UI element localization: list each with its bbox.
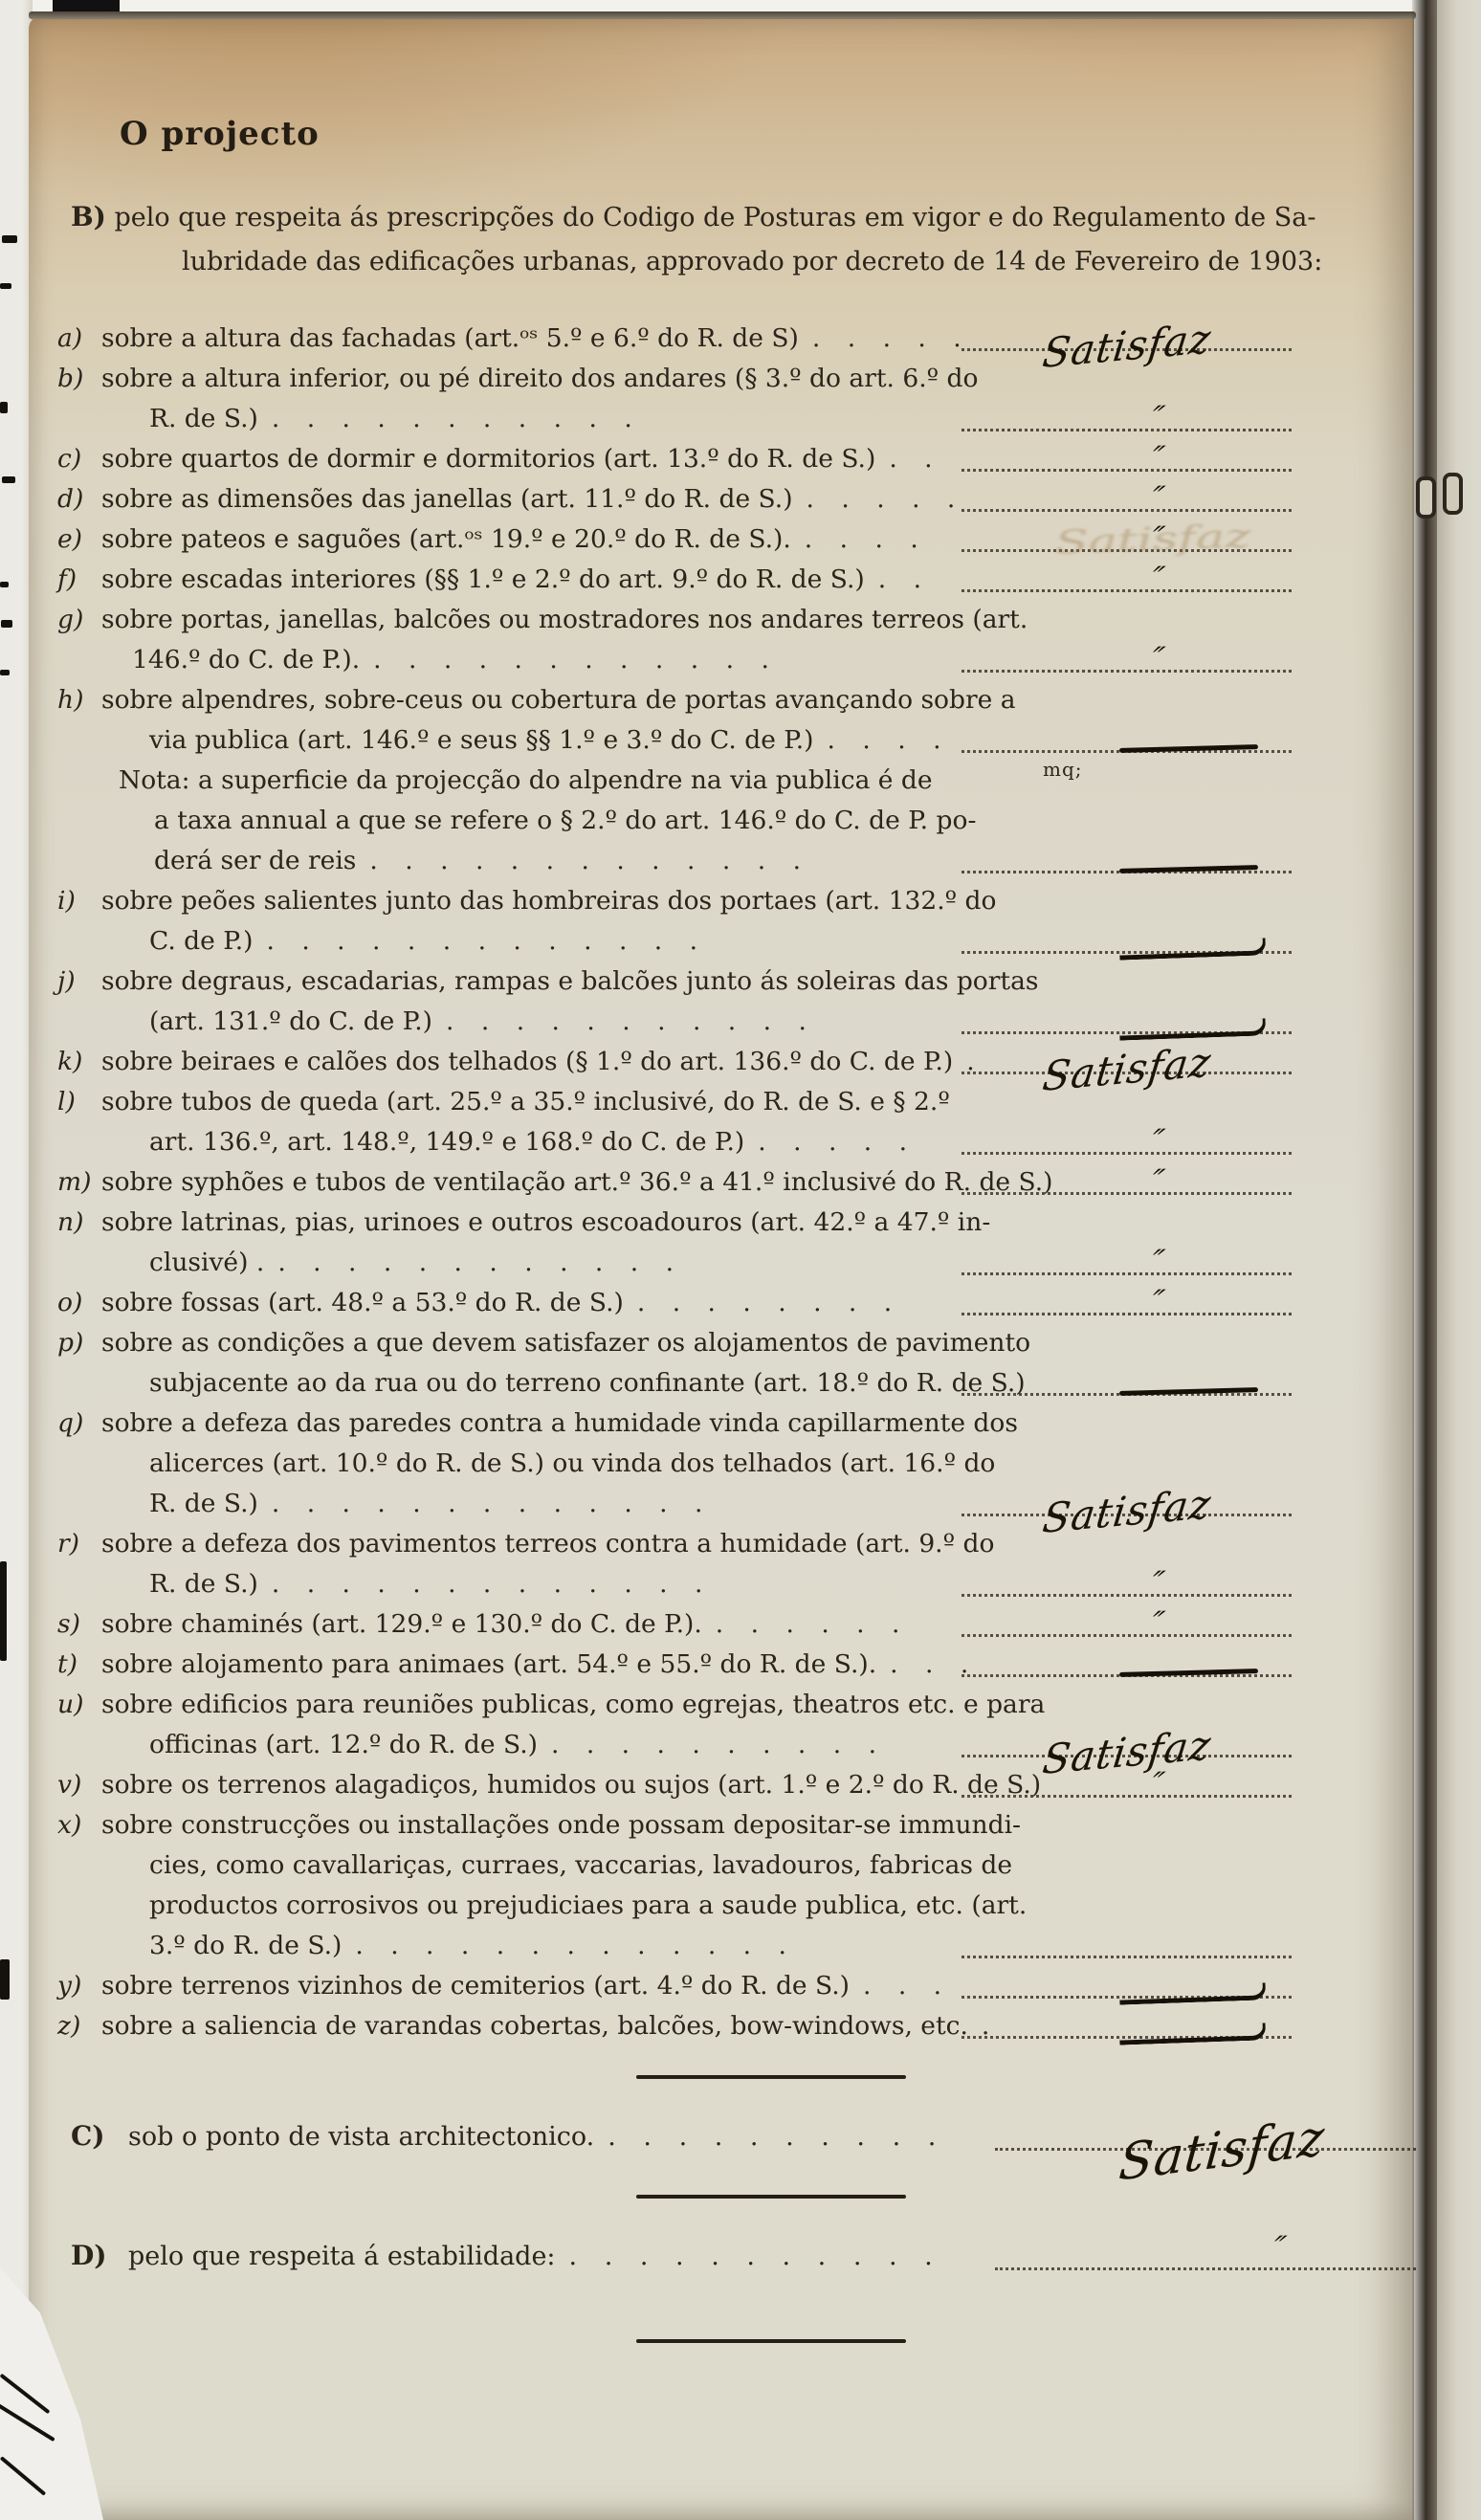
item-label: d) [57, 479, 101, 519]
section-d: D)pelo que respeita á estabilidade:. . .… [57, 2227, 1359, 2286]
dot-leader: . . . . . [807, 484, 957, 514]
section-b-label: B) [71, 201, 106, 232]
item-text: sobre fossas (art. 48.º a 53.º do R. de … [101, 1288, 624, 1317]
dotted-rule [962, 1594, 1292, 1597]
dot-leader: . . . . . . . . . . . [569, 2242, 934, 2271]
form-item-row: cies, como cavallariças, curraes, vaccar… [57, 1846, 1359, 1886]
dot-leader: . . . . . . . . . . [551, 1730, 877, 1759]
item-text: (art. 131.º do C. de P.) [57, 1006, 432, 1036]
section-b-line2: lubridade das edificações urbanas, appro… [182, 240, 1359, 284]
dot-leader: . . [889, 444, 933, 474]
form-item-row: y)sobre terrenos vizinhos de cemiterios … [57, 1966, 1359, 2006]
item-text: sobre portas, janellas, balcões ou mostr… [101, 605, 1028, 634]
form-item-row: b)sobre a altura inferior, ou pé direito… [57, 359, 1359, 399]
form-item-row: i)sobre peões salientes junto das hombre… [57, 881, 1359, 921]
items-list: a)sobre a altura das fachadas (art.ᵒˢ 5.… [57, 319, 1359, 2046]
item-text: subjacente ao da rua ou do terreno confi… [57, 1368, 1026, 1398]
answer-line: ″ [962, 1796, 1292, 1798]
item-text: sobre a altura das fachadas (art.ᵒˢ 5.º … [101, 323, 799, 353]
answer-line: ″ [962, 430, 1292, 431]
form-item-row: k)sobre beiraes e calões dos telhados (§… [57, 1042, 1359, 1082]
answer-line [962, 2037, 1292, 2039]
answer-line: Satisfaz″ [962, 550, 1292, 552]
dot-leader: . . . . . . . . . . . . . [355, 1931, 787, 1960]
item-label: j) [57, 962, 101, 1002]
answer-line: ″ [962, 1273, 1292, 1275]
dotted-rule [962, 1956, 1292, 1958]
form-item-row: R. de S.). . . . . . . . . . .″ [57, 399, 1359, 439]
item-label: y) [57, 1966, 101, 2006]
item-text: 146.º do C. de P.). [57, 645, 360, 674]
form-item-row: alicerces (art. 10.º do R. de S.) ou vin… [57, 1444, 1359, 1484]
dot-leader: . . . . . . . . . . [608, 2122, 937, 2152]
dot-leader: . . . . . . . . . . . . [277, 1248, 674, 1277]
dotted-rule [995, 2267, 1416, 2270]
dot-leader: . . . . . . . . . . . . . [272, 1569, 704, 1599]
section-b: B) pelo que respeita ás prescripções do … [57, 195, 1359, 284]
dot-leader: . . . . . . [716, 1609, 901, 1639]
dotted-rule [962, 1795, 1292, 1798]
item-label: q) [57, 1404, 101, 1444]
item-text: sobre pateos e saguões (art.ᵒˢ 19.º e 20… [101, 524, 791, 554]
handwritten-dash [1119, 1018, 1267, 1040]
binding-mark [2, 476, 15, 483]
form-item-row: h)sobre alpendres, sobre-ceus ou cobertu… [57, 680, 1359, 720]
item-text: officinas (art. 12.º do R. de S.) [57, 1730, 538, 1759]
binding-mark [0, 283, 11, 289]
form-item-row: j)sobre degraus, escadarias, rampas e ba… [57, 962, 1359, 1002]
dot-leader: . . . . . [812, 323, 962, 353]
answer-line: ″ [962, 1595, 1292, 1597]
dotted-rule [962, 670, 1292, 673]
form-item-row: derá ser de reis. . . . . . . . . . . . … [57, 841, 1359, 881]
dot-leader: . . . . . . . . . . . . [373, 645, 770, 674]
dot-leader: . . . . . . . . . . . [446, 1006, 807, 1036]
form-item-row: via publica (art. 146.º e seus §§ 1.º e … [57, 720, 1359, 761]
dotted-rule [962, 1152, 1292, 1155]
form-item-row: (art. 131.º do C. de P.). . . . . . . . … [57, 1002, 1359, 1042]
dotted-rule [962, 1272, 1292, 1275]
form-item-row: subjacente ao da rua ou do terreno confi… [57, 1363, 1359, 1404]
page-title: O projecto [120, 115, 1359, 153]
dot-leader: . . [878, 564, 922, 594]
form-item-row: e)sobre pateos e saguões (art.ᵒˢ 19.º e … [57, 519, 1359, 560]
separator-rule [636, 2075, 906, 2079]
dotted-rule [962, 469, 1292, 472]
item-label: x) [57, 1805, 101, 1846]
item-label: e) [57, 519, 101, 560]
answer-line [962, 872, 1292, 873]
item-text: via publica (art. 146.º e seus §§ 1.º e … [57, 725, 814, 755]
form-item-row: 146.º do C. de P.).. . . . . . . . . . .… [57, 640, 1359, 680]
dotted-rule [962, 1313, 1292, 1315]
item-text: cies, como cavallariças, curraes, vaccar… [57, 1850, 1012, 1880]
dot-leader: . . . . [828, 725, 942, 755]
answer-line: Satisfaz [995, 2149, 1416, 2151]
item-text: R. de S.) [57, 1489, 258, 1518]
item-label: c) [57, 439, 101, 479]
item-text: sobre alpendres, sobre-ceus ou cobertura… [101, 685, 1016, 715]
dotted-rule [962, 429, 1292, 431]
answer-line: Satisfaz [962, 1072, 1292, 1074]
form-item-row: officinas (art. 12.º do R. de S.). . . .… [57, 1725, 1359, 1765]
item-text: 3.º do R. de S.) [57, 1931, 342, 1960]
item-text: sobre a altura inferior, ou pé direito d… [101, 364, 978, 393]
section-c: C)sob o ponto de vista architectonico.. … [57, 2108, 1359, 2166]
item-label: s) [57, 1604, 101, 1645]
item-text: sobre quartos de dormir e dormitorios (a… [101, 444, 875, 474]
form-item-row: productos corrosivos ou prejudiciaes par… [57, 1886, 1359, 1926]
item-text: sobre syphões e tubos de ventilação art.… [101, 1167, 1053, 1197]
form-item-row: c)sobre quartos de dormir e dormitorios … [57, 439, 1359, 479]
form-item-row: 3.º do R. de S.). . . . . . . . . . . . … [57, 1926, 1359, 1966]
form-item-row: u)sobre edificios para reuniões publicas… [57, 1685, 1359, 1725]
dot-leader: . . . . . . . . [637, 1288, 893, 1317]
section-c-text: sob o ponto de vista architectonico. [128, 2122, 594, 2152]
separator-rule [636, 2195, 906, 2199]
item-text: sobre edificios para reuniões publicas, … [101, 1690, 1045, 1719]
section-c-label: C) [71, 2108, 128, 2165]
answer-line [962, 1997, 1292, 1999]
section-d-text: pelo que respeita á estabilidade: [128, 2242, 556, 2271]
item-label: f) [57, 560, 101, 600]
form-item-row: d)sobre as dimensões das janellas (art. … [57, 479, 1359, 519]
item-text: productos corrosivos ou prejudiciaes par… [57, 1890, 1027, 1920]
item-label: n) [57, 1203, 101, 1243]
section-b-line1: B) pelo que respeita ás prescripções do … [57, 195, 1359, 240]
item-text: sobre tubos de queda (art. 25.º a 35.º i… [101, 1087, 950, 1116]
dot-leader: . . . . . . . . . . . [272, 404, 633, 433]
answer-line: Satisfaz [962, 1756, 1292, 1757]
item-text: a taxa annual a que se refere o § 2.º do… [57, 806, 976, 835]
answer-line: Satisfaz [962, 349, 1292, 351]
item-label: a) [57, 319, 101, 359]
item-label: b) [57, 359, 101, 399]
answer-line: ″ [995, 2268, 1416, 2270]
handwritten-dash [1119, 1982, 1267, 2004]
binding-mark [0, 402, 8, 413]
form-item-row: Nota: a superficie da projecção do alpen… [57, 761, 1359, 801]
item-label: h) [57, 680, 101, 720]
handwritten-satisfaz: Satisfaz [1116, 2109, 1327, 2192]
item-text: sobre terrenos vizinhos de cemiterios (a… [101, 1971, 850, 2001]
answer-line: mq; [962, 791, 1292, 793]
next-page-edge [1437, 0, 1481, 2520]
form-item-row: v)sobre os terrenos alagadiços, humidos … [57, 1765, 1359, 1805]
answer-line: ″ [962, 510, 1292, 512]
dotted-rule [962, 589, 1292, 592]
answer-line: ″ [962, 470, 1292, 472]
handwritten-dash [1119, 938, 1267, 960]
answer-line: ″ [962, 1314, 1292, 1315]
item-text: sobre os terrenos alagadiços, humidos ou… [101, 1770, 1041, 1800]
item-label: r) [57, 1524, 101, 1564]
form-item-row: q)sobre a defeza das paredes contra a hu… [57, 1404, 1359, 1444]
underlying-pages-left-edge [0, 0, 33, 2520]
answer-line: ″ [962, 1193, 1292, 1195]
binding-mark [0, 1561, 7, 1661]
answer-line [962, 1956, 1292, 1958]
item-label: t) [57, 1645, 101, 1685]
item-text: sobre a saliencia de varandas cobertas, … [101, 2011, 968, 2041]
book-gutter [1412, 0, 1437, 2520]
answer-line [962, 1394, 1292, 1396]
form-item-row: p)sobre as condições a que devem satisfa… [57, 1323, 1359, 1363]
form-item-row: clusivé) .. . . . . . . . . . . .″ [57, 1243, 1359, 1283]
dotted-rule [962, 1192, 1292, 1195]
item-text: sobre as condições a que devem satisfaze… [101, 1328, 1030, 1358]
form-item-row: z)sobre a saliencia de varandas cobertas… [57, 2006, 1359, 2046]
form-content: O projecto B) pelo que respeita ás presc… [57, 115, 1359, 2343]
dot-leader: . . . . . . . . . . . . . [272, 1489, 704, 1518]
answer-line: ″ [962, 1153, 1292, 1155]
form-item-row: x)sobre construcções ou installações ond… [57, 1805, 1359, 1846]
item-label: m) [57, 1162, 101, 1203]
item-text: sobre a defeza dos pavimentos terreos co… [101, 1529, 994, 1558]
item-text: R. de S.) [57, 1569, 258, 1599]
page-top-shadow [29, 11, 1416, 19]
item-text: sobre peões salientes junto das hombreir… [101, 886, 996, 916]
dot-leader: . . . . . . . . . . . . . [369, 846, 802, 875]
answer-line: Satisfaz [962, 1514, 1292, 1516]
handwritten-dash [1119, 2023, 1267, 2045]
item-label: p) [57, 1323, 101, 1363]
form-item-row: l)sobre tubos de queda (art. 25.º a 35.º… [57, 1082, 1359, 1122]
item-text: Nota: a superficie da projecção do alpen… [57, 765, 933, 795]
item-text: C. de P.) [57, 926, 253, 956]
answer-line: ″ [962, 590, 1292, 592]
item-label: v) [57, 1765, 101, 1805]
answer-line: ″ [962, 1635, 1292, 1637]
item-text: R. de S.) [57, 404, 258, 433]
item-text: art. 136.º, art. 148.º, 149.º e 168.º do… [57, 1127, 744, 1157]
dot-leader: . . . . . [758, 1127, 908, 1157]
item-text: sobre construcções ou installações onde … [101, 1810, 1021, 1840]
binding-mark [0, 1959, 10, 2000]
answer-line [962, 751, 1292, 753]
item-text: sobre as dimensões das janellas (art. 11… [101, 484, 793, 514]
item-text: sobre escadas interiores (§§ 1.º e 2.º d… [101, 564, 865, 594]
item-label: z) [57, 2006, 101, 2046]
form-item-row: g)sobre portas, janellas, balcões ou mos… [57, 600, 1359, 640]
form-item-row: a)sobre a altura das fachadas (art.ᵒˢ 5.… [57, 319, 1359, 359]
item-text: clusivé) . [57, 1248, 264, 1277]
mq-note: mq; [1043, 749, 1083, 789]
answer-line [962, 1675, 1292, 1677]
item-label: i) [57, 881, 101, 921]
form-item-row: a taxa annual a que se refere o § 2.º do… [57, 801, 1359, 841]
item-text: sobre a defeza das paredes contra a humi… [101, 1408, 1018, 1438]
form-item-row: t)sobre alojamento para animaes (art. 54… [57, 1645, 1359, 1685]
binding-mark [0, 582, 9, 587]
item-text: sobre chaminés (art. 129.º e 130.º do C.… [101, 1609, 702, 1639]
binding-mark [2, 235, 17, 243]
form-item-row: art. 136.º, art. 148.º, 149.º e 168.º do… [57, 1122, 1359, 1162]
item-text: sobre degraus, escadarias, rampas e balc… [101, 966, 1038, 996]
form-item-row: s)sobre chaminés (art. 129.º e 130.º do … [57, 1604, 1359, 1645]
item-text: sobre beiraes e calões dos telhados (§ 1… [101, 1047, 953, 1076]
answer-line [962, 952, 1292, 954]
binding-mark [0, 670, 10, 675]
dotted-rule [962, 509, 1292, 512]
item-label: l) [57, 1082, 101, 1122]
form-item-row: m)sobre syphões e tubos de ventilação ar… [57, 1162, 1359, 1203]
binding-corner-mark [53, 0, 120, 11]
form-item-row: n)sobre latrinas, pias, urinoes e outros… [57, 1203, 1359, 1243]
item-label: k) [57, 1042, 101, 1082]
item-label: g) [57, 600, 101, 640]
dotted-rule [962, 1634, 1292, 1637]
form-item-row: R. de S.). . . . . . . . . . . . .Satisf… [57, 1484, 1359, 1524]
form-item-row: R. de S.). . . . . . . . . . . . .″ [57, 1564, 1359, 1604]
form-item-row: C. de P.). . . . . . . . . . . . . [57, 921, 1359, 962]
item-text: sobre alojamento para animaes (art. 54.º… [101, 1649, 876, 1679]
answer-line [962, 1032, 1292, 1034]
dot-leader: . . . [890, 1649, 969, 1679]
item-text: alicerces (art. 10.º do R. de S.) ou vin… [57, 1448, 995, 1478]
dot-leader: . . . . . . . . . . . . . [266, 926, 698, 956]
dot-leader: . . . [863, 1971, 942, 2001]
item-label: o) [57, 1283, 101, 1323]
form-item-row: o)sobre fossas (art. 48.º a 53.º do R. d… [57, 1283, 1359, 1323]
item-text: derá ser de reis [57, 846, 356, 875]
item-label: u) [57, 1685, 101, 1725]
separator-rule [636, 2339, 906, 2343]
binding-mark [1, 620, 12, 628]
section-d-label: D) [71, 2227, 128, 2285]
form-item-row: f)sobre escadas interiores (§§ 1.º e 2.º… [57, 560, 1359, 600]
item-text: sobre latrinas, pias, urinoes e outros e… [101, 1207, 990, 1237]
form-item-row: r)sobre a defeza dos pavimentos terreos … [57, 1524, 1359, 1564]
answer-line: ″ [962, 671, 1292, 673]
